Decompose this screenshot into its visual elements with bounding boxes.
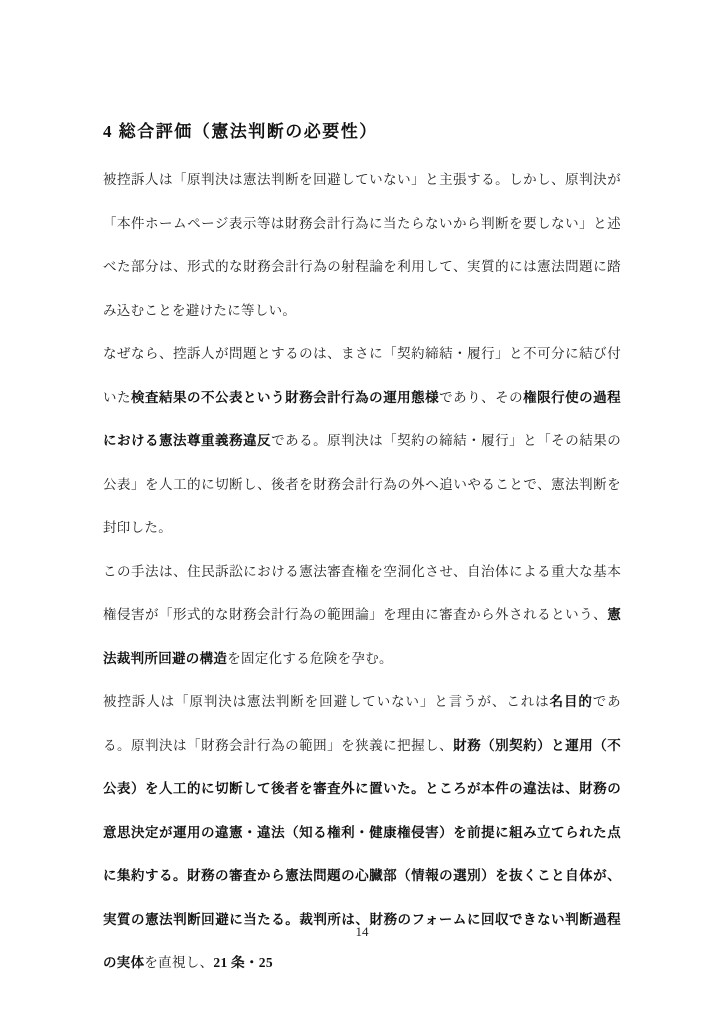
section-heading: 4 総合評価（憲法判断の必要性） [103,120,621,144]
body-text: を直視し、 [144,955,213,970]
emphasis-text: 名目的 [550,694,593,709]
paragraph: この手法は、住民訴訟における憲法審査権を空洞化させ、自治体による重大な基本権侵害… [103,550,621,681]
body-text: を固定化する危険を孕む。 [227,651,393,666]
emphasis-text: 21 条・25 [213,955,272,970]
paragraph: なぜなら、控訴人が問題とするのは、まさに「契約締結・履行」と不可分に結び付いた検… [103,332,621,550]
page-number: 14 [0,924,724,940]
document-body: 被控訴人は「原判決は憲法判断を回避していない」と主張する。しかし、原判決が「本件… [103,158,621,985]
body-text: であり、その [439,390,523,405]
emphasis-text: 検査結果の不公表という財務会計行為の運用態様 [131,390,439,405]
document-page: 4 総合評価（憲法判断の必要性） 被控訴人は「原判決は憲法判断を回避していない」… [0,0,724,1024]
body-text: この手法は、住民訴訟における憲法審査権を空洞化させ、自治体による重大な基本権侵害… [103,564,621,623]
body-text: 被控訴人は「原判決は憲法判断を回避していない」と言うが、これは [103,694,550,709]
body-text: 被控訴人は「原判決は憲法判断を回避していない」と主張する。しかし、原判決が「本件… [103,172,621,318]
paragraph: 被控訴人は「原判決は憲法判断を回避していない」と主張する。しかし、原判決が「本件… [103,158,621,332]
body-text: である。原判決は「契約の締結・履行」と「その結果の公表」を人工的に切断し、後者を… [103,433,621,535]
